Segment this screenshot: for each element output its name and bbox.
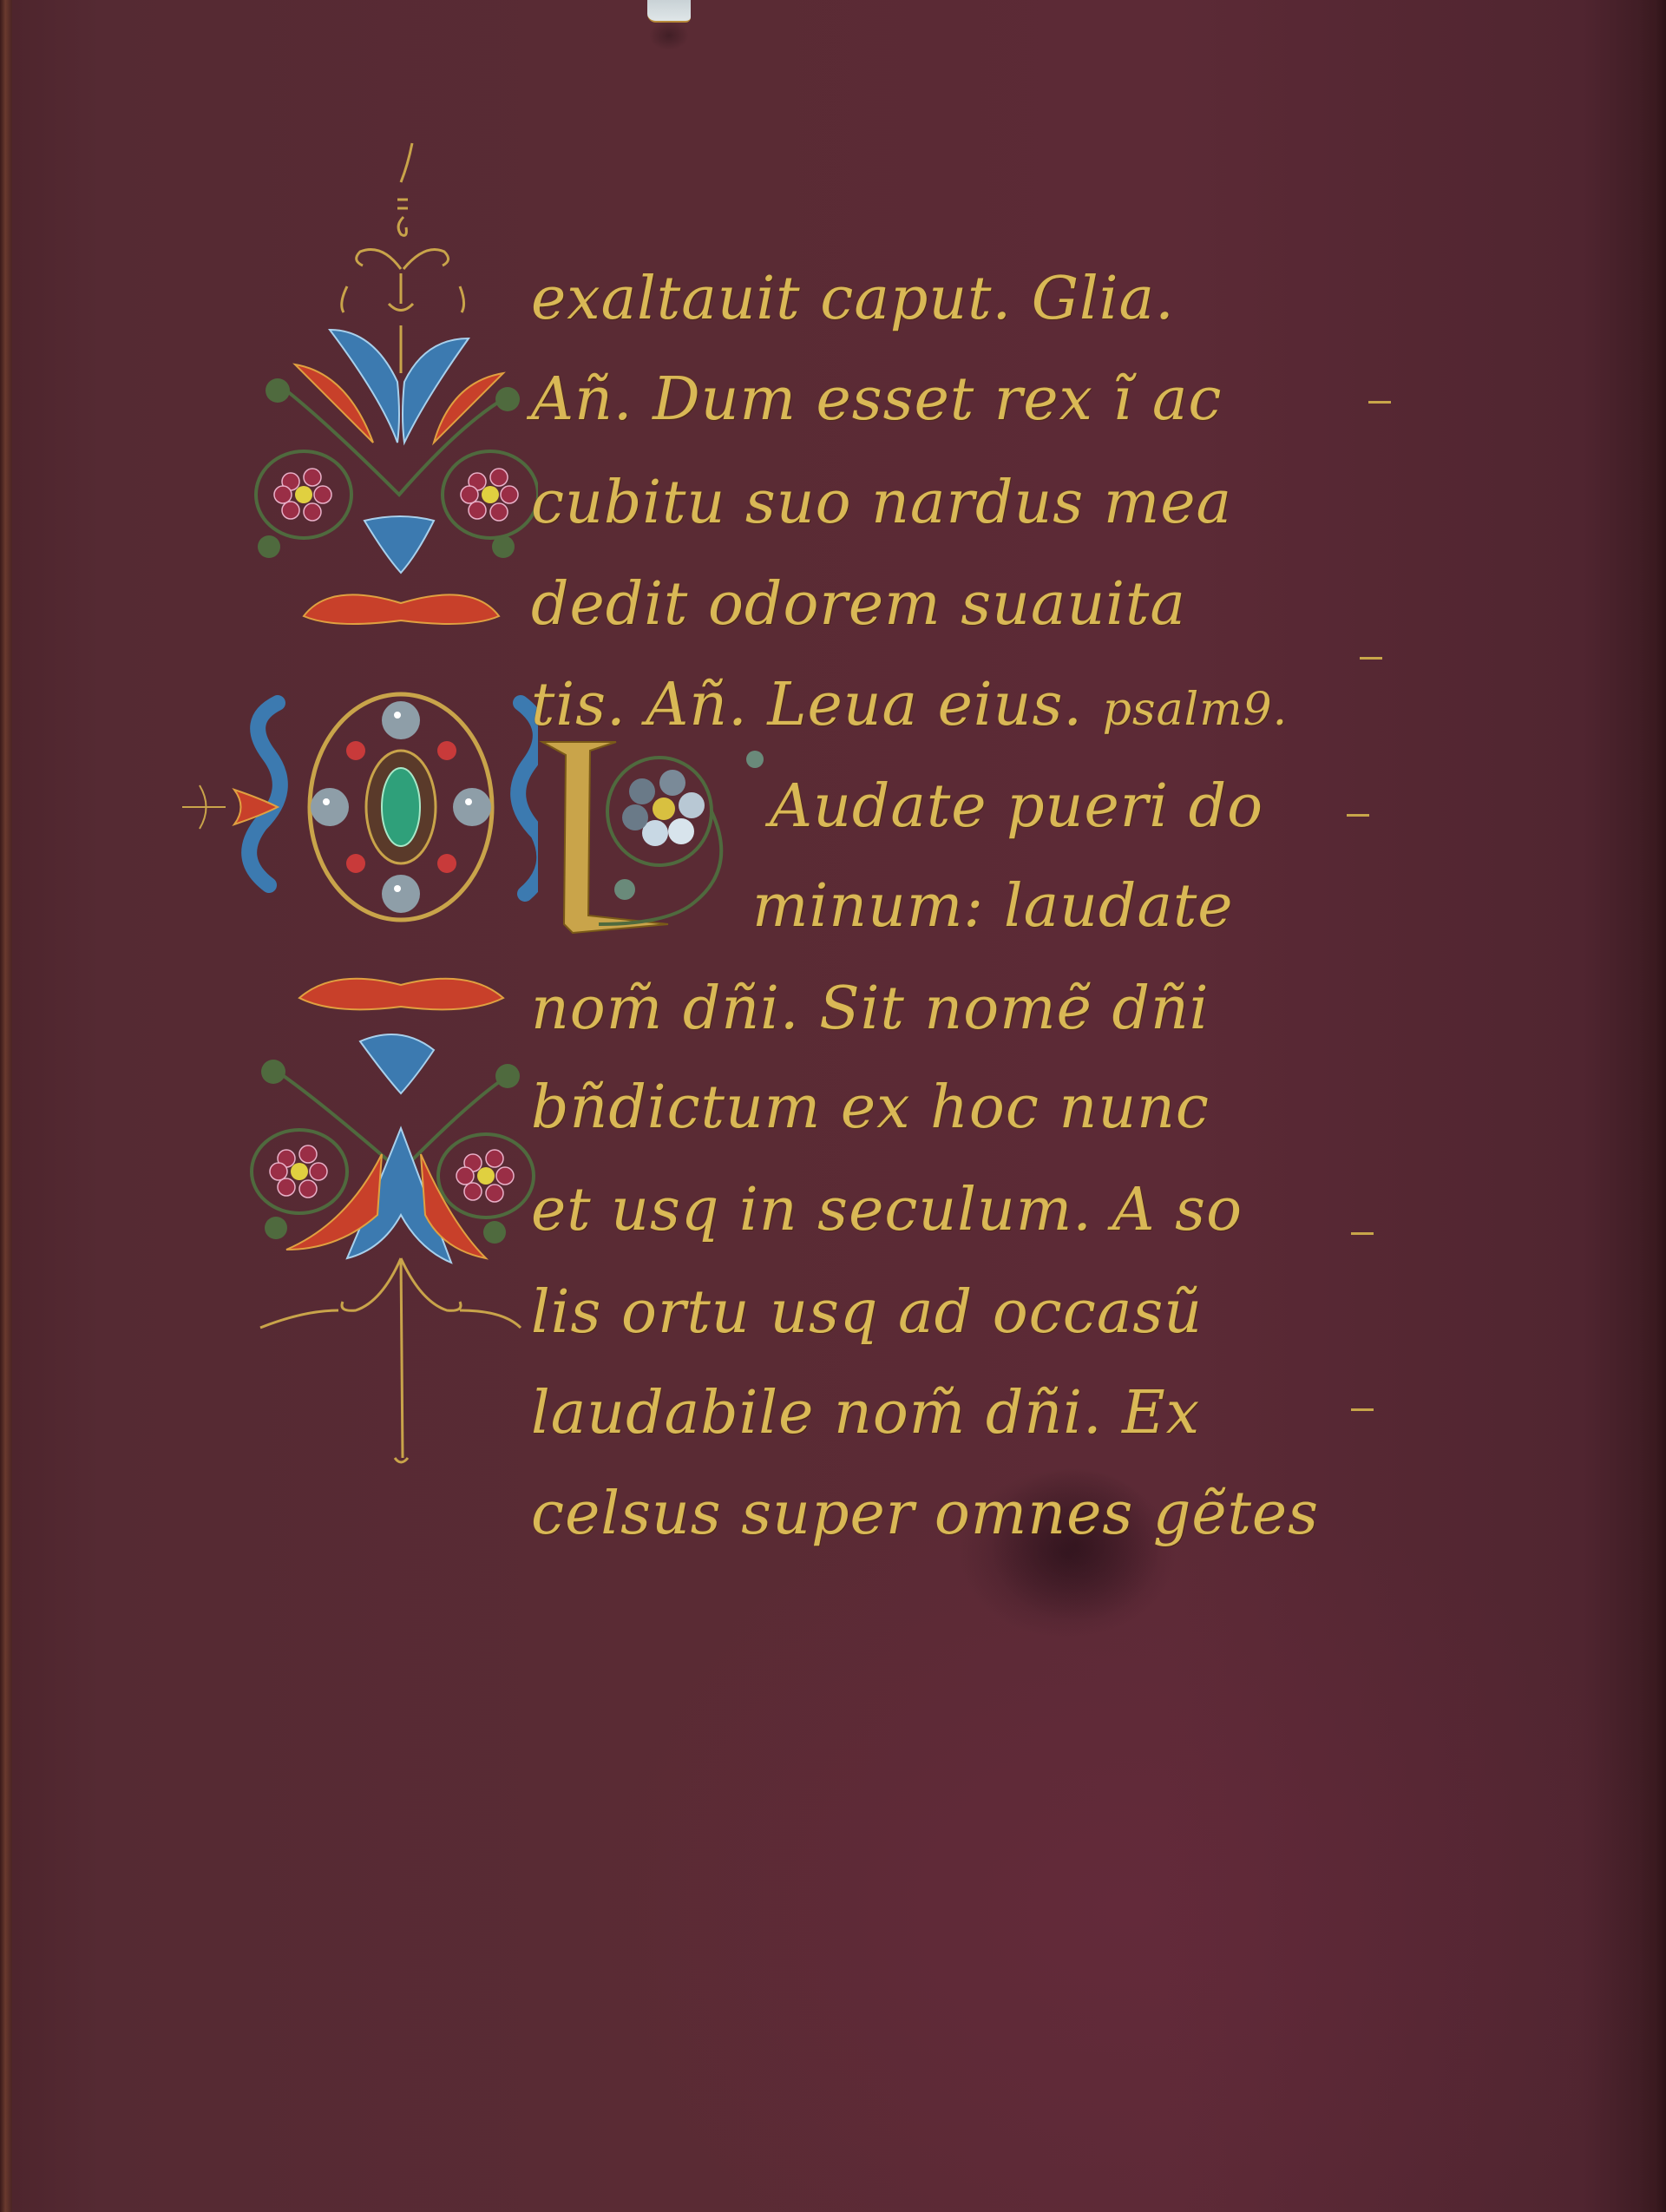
lower-lily-icon — [286, 1128, 486, 1263]
line-hyphen — [1360, 657, 1382, 660]
initial-flower-icon — [622, 770, 705, 846]
upper-tulip-icon — [364, 516, 434, 573]
line-hyphen — [1351, 1408, 1374, 1411]
line-hyphen — [1368, 401, 1391, 404]
upper-scroll-icon — [304, 594, 499, 624]
left-scroll-icon — [249, 703, 280, 885]
text-line: lis ortu usq ad occasũ — [531, 1278, 1203, 1347]
binding-edge-left — [0, 0, 12, 2212]
illuminated-border — [174, 130, 538, 1484]
clip-shadow — [649, 21, 689, 50]
binding-edge-right — [1640, 0, 1666, 2212]
text-line: bñdictum ex hoc nunc — [531, 1073, 1210, 1142]
text-line: exaltauit caput. Glia. — [531, 265, 1175, 333]
rubric-psalm: psalm9. — [1103, 684, 1289, 736]
line-hyphen — [1347, 814, 1369, 817]
text-line-main: tis. Añ. Leua eius. — [531, 671, 1083, 739]
text-line: celsus super omnes gẽtes — [531, 1480, 1319, 1548]
text-line: et usq in seculum. A so — [531, 1176, 1243, 1244]
text-line: cubitu suo nardus mea — [531, 469, 1232, 537]
page-clip — [647, 0, 691, 23]
text-line: laudabile nom̃ dñi. Ex — [531, 1379, 1200, 1447]
text-line: dedit odorem suauita — [531, 570, 1186, 639]
lower-tulip-icon — [360, 1034, 434, 1093]
bottom-flourish-icon — [260, 1258, 521, 1462]
lower-scroll-icon — [299, 979, 503, 1010]
manuscript-folio: exaltauit caput. Glia. Añ. Dum esset rex… — [0, 0, 1666, 2212]
decorated-initial — [538, 729, 764, 955]
text-line: Audate pueri do — [770, 772, 1263, 841]
text-line: tis. Añ. Leua eius. psalm9. — [531, 671, 1288, 739]
text-line: minum: laudate — [752, 872, 1234, 941]
text-line: nom̃ dñi. Sit nomẽ dñi — [531, 975, 1210, 1043]
line-hyphen — [1351, 1232, 1374, 1235]
text-line: Añ. Dum esset rex ĩ ac — [531, 365, 1222, 434]
jewel-medallion-icon — [310, 694, 492, 920]
